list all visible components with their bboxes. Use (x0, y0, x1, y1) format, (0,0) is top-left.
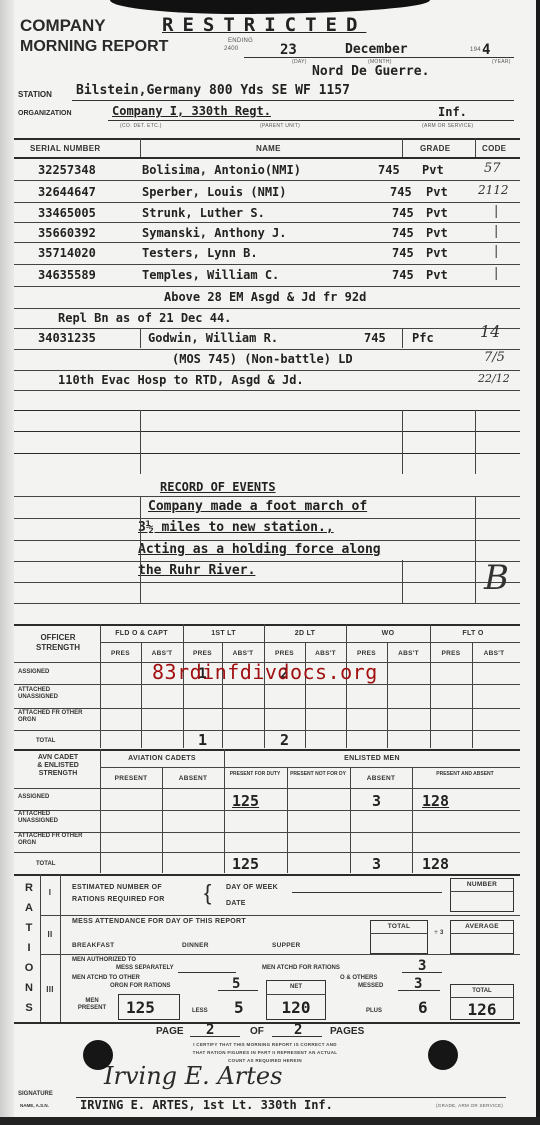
code: | (494, 204, 498, 219)
row7-note1: (MOS 745) (Non-battle) LD (172, 352, 353, 366)
grade: Pvt (426, 268, 448, 282)
watermark: 83rdinfdivdocs.org (152, 660, 378, 684)
report-year: 4 (482, 42, 490, 58)
col-serial-number: SERIAL NUMBER (30, 144, 100, 153)
code: | (494, 224, 498, 239)
organization-label: ORGANIZATION (18, 110, 72, 117)
row-label-attached-other: ATTACHED FR OTHER ORGN (18, 710, 88, 724)
o-others-value: 3 (414, 976, 422, 992)
row-label-assigned: ASSIGNED (18, 669, 49, 676)
total-label: TOTAL (370, 923, 428, 930)
sub-pres: PRES (346, 650, 387, 657)
side-letter: R (20, 878, 38, 898)
name: Bolisima, Antonio(NMI) (142, 163, 301, 177)
rations-side-label: R A T I O N S (20, 878, 38, 1018)
col-name: NAME (256, 144, 281, 153)
grade: Pfc (412, 331, 434, 345)
year-caption: (YEAR) (492, 59, 511, 65)
organization-branch: Inf. (438, 105, 467, 119)
plus-label: PLUS (366, 1008, 382, 1015)
signer-name: IRVING E. ARTES, 1st Lt. 330th Inf. (80, 1098, 333, 1112)
plus-value: 6 (418, 998, 428, 1017)
date-label: DATE (226, 900, 246, 907)
serial: 34635589 (38, 268, 96, 282)
group-flt-o: FLT O (430, 630, 516, 637)
serial: 34031235 (38, 331, 96, 345)
officer-title-2: STRENGTH (18, 643, 98, 653)
report-day: 23 (280, 42, 297, 58)
sub-pres: PRES (430, 650, 472, 657)
men-present-label: MEN PRESENT (70, 998, 114, 1012)
side-letter: N (20, 978, 38, 998)
estimated-number-label: ESTIMATED NUMBER OF (72, 884, 162, 891)
col-grade: GRADE (420, 144, 450, 153)
org-caption-unit: (CO. DET. ETC.) (120, 123, 162, 129)
form-title-morning-report: MORNING REPORT (20, 38, 168, 56)
pages-label: PAGES (330, 1026, 364, 1037)
grade: Pvt (426, 206, 448, 220)
punch-hole-right (428, 1040, 458, 1070)
event-line: 3½ miles to new station., (138, 520, 334, 535)
men-atchd-other-label-1: MEN ATCHD TO OTHER (72, 975, 140, 982)
row7-code2: 7/5 (484, 350, 505, 365)
mos: 745 (392, 246, 414, 260)
serial: 35714020 (38, 246, 96, 260)
report-month: December (345, 42, 408, 57)
col-absent: ABSENT (162, 775, 224, 782)
enlisted-men-header: ENLISTED MEN (224, 755, 520, 762)
assigned-present-and-absent: 128 (422, 792, 449, 810)
roster-note-line2: Repl Bn as of 21 Dec 44. (58, 311, 231, 325)
men-atchd-rations-value: 3 (418, 958, 426, 974)
assigned-absent: 3 (372, 792, 381, 810)
grade: Pvt (422, 163, 444, 177)
enlisted-title-1: AVN CADET (14, 754, 102, 762)
group-fld-o-capt: FLD O & CAPT (100, 630, 183, 637)
torn-top-edge (110, 0, 430, 14)
name: Symanski, Anthony J. (142, 226, 287, 240)
mos: 745 (392, 226, 414, 240)
men-present-label-1: MEN (70, 998, 114, 1005)
signature: Irving E. Artes (104, 1062, 282, 1090)
name: Temples, William C. (142, 268, 279, 282)
breakfast-label: BREAKFAST (72, 942, 114, 949)
station-extra: Nord De Guerre. (312, 64, 429, 79)
record-of-events-title: RECORD OF EVENTS (160, 480, 276, 494)
men-present-value: 125 (126, 998, 155, 1017)
enlisted-title-2: & ENLISTED (14, 762, 102, 770)
mess-attendance-label: MESS ATTENDANCE FOR DAY OF THIS REPORT (72, 918, 246, 925)
roster-note-line1: Above 28 EM Asgd & Jd fr 92d (164, 290, 366, 304)
group-2d-lt: 2D LT (264, 630, 346, 637)
ending-time: 2400 (224, 46, 239, 52)
serial: 32644647 (38, 185, 96, 199)
morning-report-document: COMPANY MORNING REPORT RESTRICTED ENDING… (0, 0, 536, 1125)
sub-abst: ABS'T (387, 650, 430, 657)
col-present: PRESENT (100, 775, 162, 782)
side-letter: O (20, 958, 38, 978)
officer-title-1: OFFICER (18, 633, 98, 643)
name-asn-label: NAME, A.S.N. (20, 1102, 49, 1109)
classification-stamp: RESTRICTED (162, 14, 366, 36)
ration-total-value: 126 (450, 1000, 514, 1019)
grade-arm-caption: (GRADE, ARM OR SERVICE) (436, 1103, 503, 1108)
day-caption: (DAY) (292, 59, 307, 65)
mos: 745 (390, 185, 412, 199)
certification-line2: THAT RATION FIGURES IN PART II REPRESENT… (130, 1050, 400, 1055)
row-label-total: TOTAL (36, 861, 55, 868)
year-prefix: 194 (470, 47, 481, 53)
section-i: I (40, 888, 60, 897)
sub-abst: ABS'T (222, 650, 264, 657)
code: | (494, 244, 498, 259)
station-label: STATION (18, 90, 52, 99)
men-authorized-label-2: MESS SEPARATELY (116, 965, 174, 972)
o-others-label-1: O & OTHERS (340, 975, 377, 982)
number-label: NUMBER (450, 881, 514, 888)
supper-label: SUPPER (272, 942, 301, 949)
section-ii: II (40, 930, 60, 939)
name: Sperber, Louis (NMI) (142, 185, 287, 199)
col-code: CODE (482, 144, 506, 153)
ration-total-label: TOTAL (450, 988, 514, 995)
dinner-label: DINNER (182, 942, 209, 949)
certification-line1: I CERTIFY THAT THIS MORNING REPORT IS CO… (130, 1042, 400, 1047)
men-atchd-other-value: 5 (232, 976, 240, 992)
event-line: the Ruhr River. (138, 563, 255, 578)
aviation-cadets-header: AVIATION CADETS (100, 755, 224, 762)
side-letter: S (20, 998, 38, 1018)
events-initials-mark: B (484, 558, 509, 598)
divide-by-3: ÷ 3 (432, 930, 446, 936)
page-label: PAGE (156, 1026, 184, 1037)
total-pages: 2 (294, 1022, 302, 1038)
mos: 745 (378, 163, 400, 177)
scan-edge (0, 0, 14, 1125)
men-present-label-2: PRESENT (70, 1005, 114, 1012)
less-value: 5 (234, 998, 244, 1017)
row-label-attached-other: ATTACHED FR OTHER ORGN (18, 833, 88, 847)
serial: 32257348 (38, 163, 96, 177)
org-caption-arm: (ARM OR SERVICE) (422, 123, 473, 129)
men-atchd-rations-label: MEN ATCHD FOR RATIONS (262, 965, 340, 972)
side-letter: I (20, 938, 38, 958)
row-label-assigned: ASSIGNED (18, 794, 49, 801)
col-present-not-for-duty: PRESENT NOT FOR DY (289, 771, 347, 778)
officer-strength-title: OFFICER STRENGTH (18, 633, 98, 653)
col-present-for-duty: PRESENT FOR DUTY (226, 771, 284, 778)
station-value: Bilstein,Germany 800 Yds SE WF 1157 (76, 83, 350, 98)
row-label-total: TOTAL (36, 738, 55, 745)
enlisted-title-3: STRENGTH (14, 770, 102, 778)
sub-abst: ABS'T (472, 650, 516, 657)
net-value: 120 (266, 998, 326, 1017)
average-label: AVERAGE (450, 923, 514, 930)
assigned-present-for-duty: 125 (232, 792, 259, 810)
row7-code3: 22/12 (478, 372, 510, 385)
name: Strunk, Luther S. (142, 206, 265, 220)
row-label-attached-unassigned: ATTACHED UNASSIGNED (18, 811, 88, 825)
net-label: NET (266, 984, 326, 991)
grade: Pvt (426, 226, 448, 240)
side-letter: T (20, 918, 38, 938)
name: Godwin, William R. (148, 331, 278, 345)
ending-label: ENDING (228, 38, 253, 44)
men-authorized-label-1: MEN AUTHORIZED TO (72, 957, 136, 964)
total-1st-lt-pres: 1 (183, 731, 222, 749)
mos: 745 (392, 268, 414, 282)
group-1st-lt: 1ST LT (183, 630, 264, 637)
rations-required-label: RATIONS REQUIRED FOR (72, 896, 165, 903)
enlisted-strength-title: AVN CADET & ENLISTED STRENGTH (14, 754, 102, 778)
form-title-company: COMPANY (20, 16, 106, 36)
event-line: Acting as a holding force along (138, 542, 381, 557)
signature-label: SIGNATURE (18, 1091, 53, 1098)
total-absent: 3 (372, 855, 381, 873)
total-present-and-absent: 128 (422, 855, 449, 873)
sub-pres: PRES (100, 650, 141, 657)
code: 2112 (478, 183, 509, 197)
men-atchd-other-label-2: ORGN FOR RATIONS (110, 983, 171, 990)
less-label: LESS (192, 1008, 208, 1015)
mos: 745 (392, 206, 414, 220)
event-line: Company made a foot march of (148, 499, 367, 514)
row-label-attached-unassigned: ATTACHED UNASSIGNED (18, 687, 88, 701)
col-absent-em: ABSENT (350, 775, 412, 782)
name: Testers, Lynn B. (142, 246, 258, 260)
sub-pres: PRES (264, 650, 305, 657)
sub-abst: ABS'T (141, 650, 183, 657)
section-iii: III (40, 985, 60, 994)
sub-pres: PRES (183, 650, 222, 657)
total-present-for-duty: 125 (232, 855, 259, 873)
mos: 745 (364, 331, 386, 345)
col-present-and-absent: PRESENT AND ABSENT (420, 771, 510, 778)
code: 57 (484, 161, 501, 176)
page-number: 2 (206, 1022, 214, 1038)
serial: 33465005 (38, 206, 96, 220)
code: 14 (480, 322, 500, 341)
grade: Pvt (426, 185, 448, 199)
o-others-label-2: MESSED (358, 983, 383, 990)
org-caption-parent: (PARENT UNIT) (260, 123, 300, 129)
side-letter: A (20, 898, 38, 918)
grade: Pvt (426, 246, 448, 260)
group-wo: WO (346, 630, 430, 637)
brace-icon: { (204, 880, 211, 906)
row7-note2: 110th Evac Hosp to RTD, Asgd & Jd. (58, 373, 304, 387)
sub-abst: ABS'T (305, 650, 346, 657)
organization-value: Company I, 330th Regt. (112, 104, 271, 118)
total-2d-lt-pres: 2 (264, 731, 305, 749)
day-of-week-label: DAY OF WEEK (226, 884, 278, 891)
code: | (494, 266, 498, 281)
serial: 35660392 (38, 226, 96, 240)
of-label: OF (250, 1026, 264, 1037)
